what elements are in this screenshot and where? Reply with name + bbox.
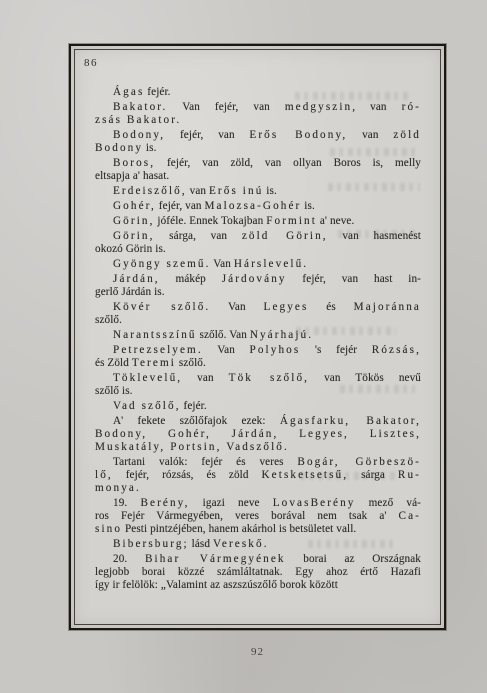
spaced-term: zöld Görin,	[242, 230, 328, 242]
spaced-term: Tök szőlő,	[229, 372, 309, 384]
text-segment: fejér, van zöld, van ollyan Boros is, me…	[155, 157, 421, 169]
text-line: Görin, sárga, van zöld Görin, van hasmen…	[95, 230, 421, 243]
text-line: Muskatály, Portsin, Vadszőlő.	[95, 441, 421, 454]
spaced-term: Töklevelű,	[113, 372, 182, 384]
text-line: Ágas fejér.	[95, 86, 421, 99]
text-segment: mező vá-	[355, 497, 421, 509]
text-segment: is.	[263, 185, 276, 197]
spaced-term: Bodony	[95, 142, 143, 154]
text-line: szőlő is.	[95, 385, 421, 398]
text-line: Görin, jóféle. Ennek Tokajban Formint a'…	[95, 215, 421, 228]
spaced-term: Gohér,	[113, 200, 156, 212]
text-line: így ir felölök: „Valamint az aszszúszőlő…	[95, 579, 421, 592]
text-segment: Van	[210, 301, 263, 313]
text-line: Petrezselyem. Van Polyhos 's fejér Rózsá…	[95, 344, 421, 357]
text-segment: Van fejér, van	[167, 101, 284, 113]
text-segment: eltsapja a' hasat.	[95, 170, 169, 182]
text-line: Vad szőlő, fejér.	[95, 400, 421, 413]
spaced-term: lő,	[95, 469, 113, 481]
text-segment: jóféle. Ennek Tokajban	[155, 215, 267, 227]
spaced-term: zsás Bakator.	[95, 114, 181, 126]
text-line: gerlő Járdán is.	[95, 286, 421, 299]
spaced-term: Narantsszínű	[113, 329, 197, 341]
spaced-term: Erős Bodony,	[249, 129, 347, 141]
text-segment: ros Fejér Vármegyében, veres borával nem…	[95, 510, 399, 522]
spaced-term: Legyes	[264, 301, 309, 313]
spaced-term: Bodony, Gohér, Járdán, Legyes, Lisztes,	[95, 428, 421, 440]
spaced-term: medgyszin	[285, 101, 352, 113]
scanned-book-page: 86 Ágas fejér.Bakator. Van fejér, van me…	[0, 0, 487, 693]
spaced-term: Ru-	[398, 469, 421, 481]
spaced-term: Rózsás,	[372, 344, 421, 356]
text-segment: fejér.	[144, 86, 170, 98]
spaced-term: LovasBerény	[273, 497, 356, 509]
text-segment: Van	[203, 344, 250, 356]
spaced-term: Polyhos	[250, 344, 301, 356]
text-segment: szőlő. Van	[197, 329, 250, 341]
spaced-term: Ágasfarku, Bakator,	[280, 415, 421, 427]
spaced-term: Bakator.	[113, 101, 167, 113]
spaced-term: Majoránna	[354, 301, 421, 313]
text-line: lő, fejér, rózsás, és zöld Ketsketsetsű,…	[95, 469, 421, 482]
text-line: Bakator. Van fejér, van medgyszin, van r…	[95, 101, 421, 114]
text-segment: is.	[143, 142, 156, 154]
text-segment: A' fekete szőlőfajok ezek:	[113, 415, 280, 427]
text-segment: borai az Országnak	[286, 553, 421, 565]
spaced-term: Formint	[266, 215, 317, 227]
spaced-term: Bihar Vármegyének	[145, 553, 286, 565]
spaced-term: Vereskő.	[213, 538, 269, 550]
spaced-term: zöld	[393, 129, 421, 141]
text-line: és Zöld Teremi szőlő.	[95, 357, 421, 370]
text-segment: van	[182, 372, 229, 384]
spaced-term: Nyárhajú.	[250, 329, 313, 341]
spaced-term: Erdeiszőlő,	[113, 185, 187, 197]
text-line: Erdeiszőlő, van Erős inú is.	[95, 185, 421, 198]
text-segment: Pesti pintzéjében, hanem akárhol is bets…	[122, 523, 356, 535]
text-segment: fejér, van	[165, 129, 249, 141]
text-line: 20. Bihar Vármegyének borai az Országnak	[95, 553, 421, 566]
text-line: Bodony, fejér, van Erős Bodony, van zöld	[95, 129, 421, 142]
text-segment: szőlő is.	[95, 385, 133, 397]
header-page-number: 86	[84, 57, 98, 69]
spaced-term: Hárslevelű.	[234, 258, 308, 270]
text-segment: van	[347, 129, 393, 141]
text-segment: 19.	[113, 497, 140, 509]
text-segment: sárga, van	[155, 230, 242, 242]
text-line: Bibersburg; lásd Vereskő.	[95, 538, 421, 551]
text-segment: szőlő.	[176, 357, 206, 369]
text-line: A' fekete szőlőfajok ezek: Ágasfarku, Ba…	[95, 415, 421, 428]
text-segment: és Zöld	[95, 357, 132, 369]
text-segment: fejér, van hast in-	[287, 273, 421, 285]
text-line: Gyöngy szemű. Van Hárslevelű.	[95, 258, 421, 271]
spaced-term: Bibersburg;	[113, 538, 189, 550]
text-segment: így ir felölök: „Valamint az aszszúszőlő…	[95, 579, 338, 591]
text-line: monya.	[95, 482, 421, 495]
spaced-term: ró-	[402, 101, 421, 113]
text-line: szőlő.	[95, 314, 421, 327]
text-line: okozó Görin is.	[95, 243, 421, 256]
text-line: sino Pesti pintzéjében, hanem akárhol is…	[95, 523, 421, 536]
text-segment: Tartani valók: fejér és veres	[113, 456, 297, 468]
spaced-term: Görin,	[113, 230, 155, 242]
text-line: Kövér szőlő. Van Legyes és Majoránna	[95, 301, 421, 314]
spaced-term: Gyöngy szemű.	[113, 258, 211, 270]
spaced-term: Kövér szőlő.	[113, 301, 210, 313]
text-segment: , van	[352, 101, 401, 113]
text-segment: is.	[301, 200, 314, 212]
text-line: legjobb borai közzé számláltatnak. Egy a…	[95, 566, 421, 579]
footer-page-number: 92	[69, 646, 446, 658]
spaced-term: Erős inú	[209, 185, 263, 197]
text-segment: lásd	[189, 538, 213, 550]
text-line: Töklevelű, van Tök szőlő, van Tökös nevű	[95, 372, 421, 385]
spaced-term: Boros,	[113, 157, 155, 169]
text-line: ros Fejér Vármegyében, veres borával nem…	[95, 510, 421, 523]
text-segment: sárga	[348, 469, 398, 481]
spaced-term: Járdovány	[222, 273, 287, 285]
text-line: Narantsszínű szőlő. Van Nyárhajú.	[95, 329, 421, 342]
text-line: Tartani valók: fejér és veres Bogár, Gör…	[95, 456, 421, 469]
page-text: Ágas fejér.Bakator. Van fejér, van medgy…	[95, 86, 421, 592]
text-segment: 's fejér	[300, 344, 371, 356]
spaced-term: monya.	[95, 482, 141, 494]
spaced-term: Vad szőlő,	[113, 400, 181, 412]
text-segment: szőlő.	[95, 314, 122, 326]
spaced-term: Bogár, Görbeszö-	[297, 456, 421, 468]
text-segment: fejér, van	[156, 200, 205, 212]
spaced-term: Malozsa-Gohér	[205, 200, 302, 212]
text-segment: a' neve.	[317, 215, 354, 227]
spaced-term: sino	[95, 523, 122, 535]
spaced-term: Járdán,	[113, 273, 160, 285]
text-segment: van	[187, 185, 209, 197]
text-segment: gerlő Járdán is.	[95, 286, 165, 298]
text-segment: mákép	[160, 273, 222, 285]
text-segment: van Tökös nevű	[309, 372, 421, 384]
text-segment: fejér.	[181, 400, 207, 412]
text-line: Boros, fejér, van zöld, van ollyan Boros…	[95, 157, 421, 170]
spaced-term: Teremi	[132, 357, 176, 369]
spaced-term: Ca-	[399, 510, 421, 522]
spaced-term: Görin,	[113, 215, 155, 227]
spaced-term: Berény,	[140, 497, 189, 509]
text-line: eltsapja a' hasat.	[95, 170, 421, 183]
text-segment: okozó Görin is.	[95, 243, 166, 255]
text-segment: és	[308, 301, 353, 313]
text-segment: legjobb borai közzé számláltatnak. Egy a…	[95, 566, 421, 578]
text-segment: fejér, rózsás, és zöld	[113, 469, 262, 481]
spaced-term: Ágas	[113, 86, 144, 98]
text-line: Bodony, Gohér, Járdán, Legyes, Lisztes,	[95, 428, 421, 441]
spaced-term: Ketsketsetsű,	[262, 469, 349, 481]
spaced-term: Petrezselyem.	[113, 344, 203, 356]
text-line: Bodony is.	[95, 142, 421, 155]
text-line: Járdán, mákép Járdovány fejér, van hast …	[95, 273, 421, 286]
spaced-term: Muskatály, Portsin, Vadszőlő.	[95, 441, 289, 453]
text-segment: 20.	[113, 553, 145, 565]
text-line: 19. Berény, igazi neve LovasBerény mező …	[95, 497, 421, 510]
text-line: zsás Bakator.	[95, 114, 421, 127]
spaced-term: Bodony,	[113, 129, 165, 141]
text-segment: Van	[211, 258, 234, 270]
text-line: Gohér, fejér, van Malozsa-Gohér is.	[95, 200, 421, 213]
text-segment: igazi neve	[190, 497, 273, 509]
text-segment: van hasmenést	[328, 230, 421, 242]
